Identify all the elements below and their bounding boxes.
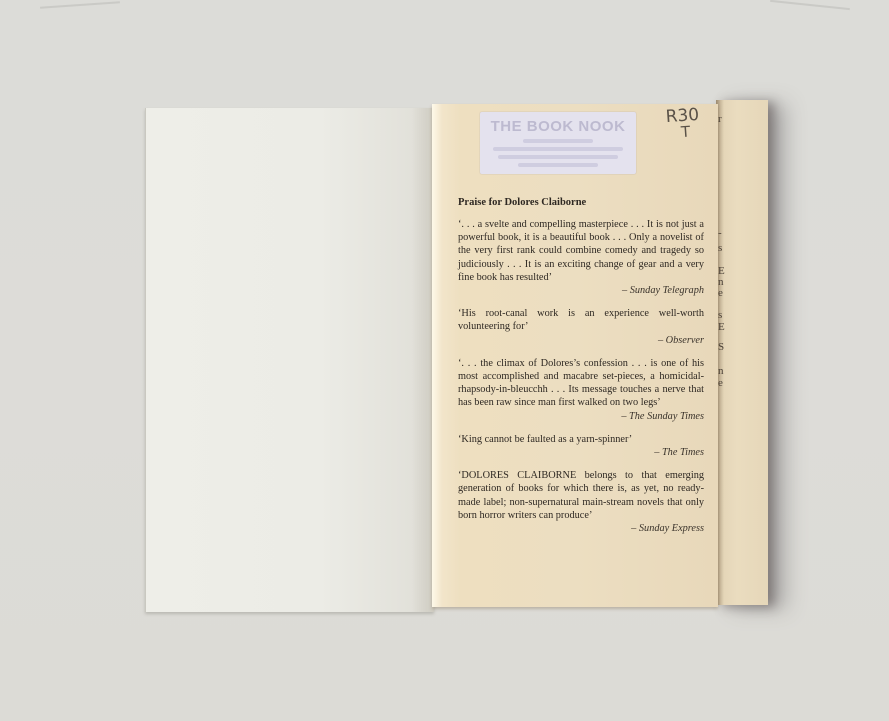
quote-source: – The Sunday Times [458, 410, 704, 423]
quote-text: ‘DOLORES CLAIBORNE belongs to that emerg… [458, 469, 704, 522]
back-cover: r - s E n e s E S n e [716, 100, 768, 605]
back-cover-letter: r [718, 114, 722, 125]
back-cover-letter: S [718, 342, 724, 353]
praise-heading: Praise for Dolores Claiborne [458, 197, 586, 208]
left-blank-page [145, 108, 434, 612]
sticker-title: THE BOOK NOOK [480, 119, 636, 135]
back-cover-letter: n [718, 366, 724, 377]
quote-text: ‘King cannot be faulted as a yarn-spinne… [458, 433, 704, 446]
quote-text: ‘. . . a svelte and compelling masterpie… [458, 218, 704, 284]
sticker-blurred-line [523, 139, 593, 143]
bookshop-sticker: THE BOOK NOOK [480, 112, 636, 174]
quote-text: ‘. . . the climax of Dolores’s confessio… [458, 357, 704, 410]
handwritten-price: R30 T [657, 106, 709, 141]
quote-item: ‘King cannot be faulted as a yarn-spinne… [458, 433, 704, 459]
sticker-blurred-line [493, 147, 623, 151]
back-cover-letter: s [718, 243, 722, 254]
back-cover-letter: - [718, 228, 722, 239]
surface-streak [770, 0, 850, 10]
quote-source: – Observer [458, 334, 704, 347]
surface-streak [40, 1, 120, 9]
quote-item: ‘. . . the climax of Dolores’s confessio… [458, 357, 704, 423]
quote-item: ‘. . . a svelte and compelling masterpie… [458, 218, 704, 297]
quote-source: – Sunday Express [458, 522, 704, 535]
sticker-blurred-line [518, 163, 598, 167]
right-praise-page: THE BOOK NOOK R30 T Praise for Dolores C… [432, 104, 718, 607]
quote-text: ‘His root-canal work is an experience we… [458, 307, 704, 333]
quote-item: ‘His root-canal work is an experience we… [458, 307, 704, 347]
sticker-blurred-line [498, 155, 618, 159]
quote-source: – The Times [458, 446, 704, 459]
back-cover-letter: e [718, 378, 723, 389]
back-cover-letter: s [718, 310, 722, 321]
quote-item: ‘DOLORES CLAIBORNE belongs to that emerg… [458, 469, 704, 535]
quote-source: – Sunday Telegraph [458, 284, 704, 297]
quote-list: ‘. . . a svelte and compelling masterpie… [458, 218, 704, 545]
back-cover-letter: e [718, 288, 723, 299]
back-cover-letter: E [718, 322, 725, 333]
